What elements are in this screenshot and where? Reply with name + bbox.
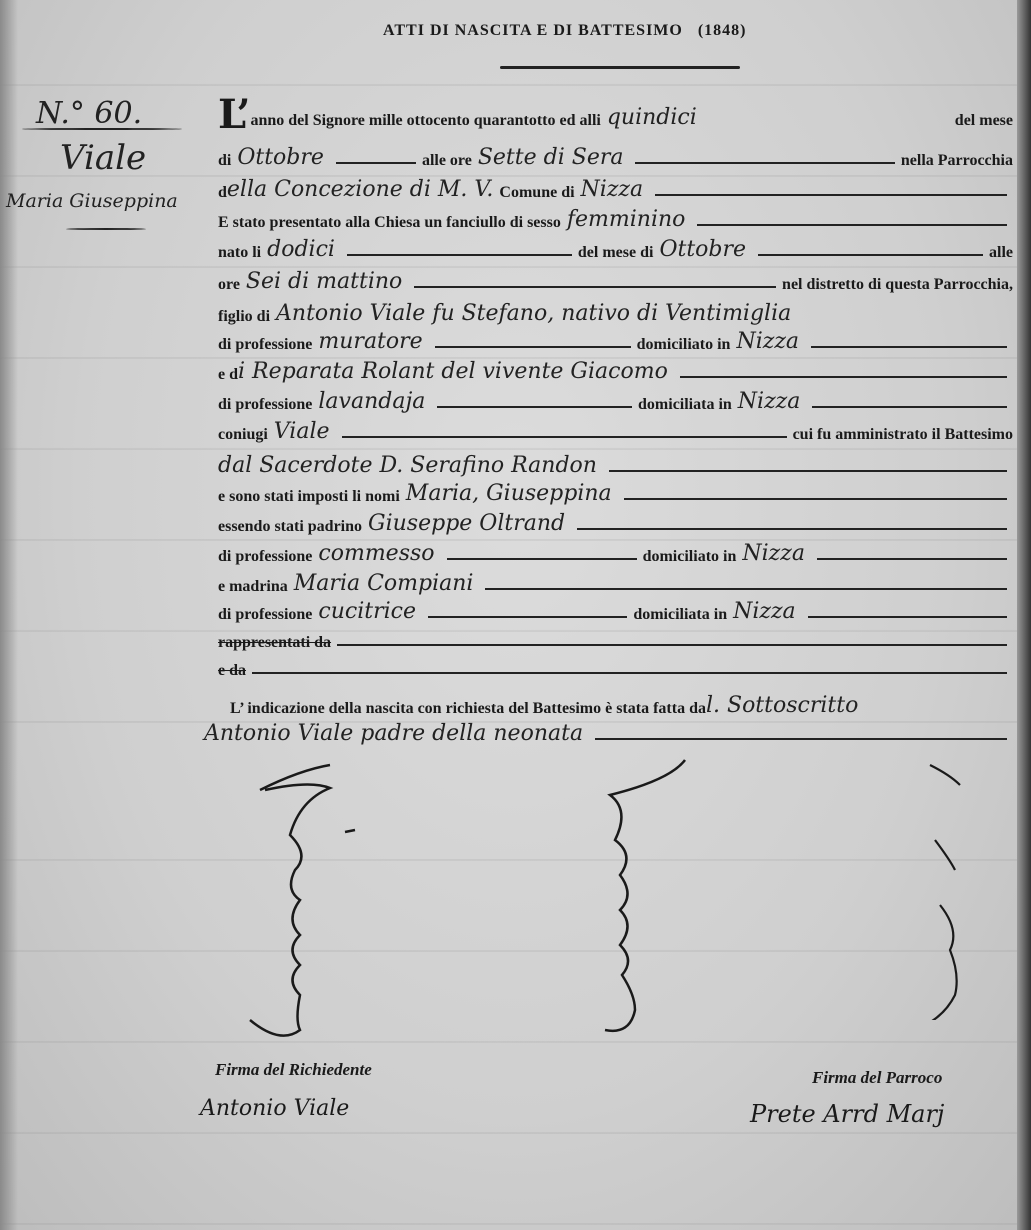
printed-text: domiciliato in <box>643 548 737 566</box>
record-line-names: e sono stati imposti li nomi Maria, Gius… <box>218 476 1013 506</box>
page-left-shadow <box>0 0 18 1230</box>
record-line-godfather: essendo stati padrino Giuseppe Oltrand <box>218 506 1013 536</box>
printed-text: di professione <box>218 548 312 566</box>
requester-signature-label: Firma del Richiedente <box>215 1060 372 1080</box>
handwritten-birth-month: Ottobre <box>659 237 746 262</box>
record-line-month-time: di Ottobre alle ore Sette di Sera nella … <box>218 140 1013 170</box>
page-right-binding <box>1017 0 1031 1230</box>
record-line-and-by: e da <box>218 650 1013 680</box>
record-line-father-profession: di professione muratore domiciliato in N… <box>218 324 1013 354</box>
printed-text: Comune di <box>499 184 574 202</box>
page-title: ATTI DI NASCITA E DI BATTESIMO (1848) <box>383 22 747 40</box>
printed-text: domiciliata in <box>638 396 732 414</box>
printed-text: ore <box>218 276 240 294</box>
printed-text: del mese di <box>578 244 654 262</box>
handwritten-father-residence: Nizza <box>736 329 799 354</box>
handwritten-month: Ottobre <box>237 145 324 170</box>
handwritten-declarant: l. Sottoscritto <box>706 693 858 718</box>
handwritten-hour: Sette di Sera <box>478 145 624 170</box>
handwritten-father-profession: muratore <box>318 329 422 354</box>
printed-text: alle ore <box>422 152 472 170</box>
handwritten-birth-day: dodici <box>267 237 335 262</box>
printed-text: di professione <box>218 396 312 414</box>
handwritten-godfather-profession: commesso <box>318 541 434 566</box>
handwritten-mother-profession: lavandaja <box>318 389 425 414</box>
drop-cap: L’ <box>218 100 250 130</box>
handwritten-mother: i Reparata Rolant del vivente Giacomo <box>238 359 668 384</box>
priest-signature-label: Firma del Parroco <box>812 1068 942 1088</box>
record-line-mother: e d i Reparata Rolant del vivente Giacom… <box>218 354 1013 384</box>
handwritten-comune: Nizza <box>581 177 644 202</box>
handwritten-birth-hour: Sei di mattino <box>246 269 402 294</box>
printed-text: domiciliato in <box>637 336 731 354</box>
handwritten-mother-residence: Nizza <box>738 389 801 414</box>
record-number-underline <box>22 128 182 130</box>
cancel-squiggle-right <box>920 760 980 1020</box>
cancel-squiggle-left <box>240 760 380 1050</box>
printed-text: nella Parrocchia <box>901 152 1013 170</box>
title-divider <box>500 66 740 69</box>
margin-flourish <box>66 228 146 230</box>
handwritten-godmother-residence: Nizza <box>733 599 796 624</box>
handwritten-day: quindici <box>607 105 697 130</box>
handwritten-godfather: Giuseppe Oltrand <box>368 511 565 536</box>
printed-text: d <box>218 184 227 202</box>
title-year: (1848) <box>698 22 747 39</box>
record-line-declaration: L’ indicazione della nascita con richies… <box>230 688 1013 718</box>
handwritten-parish: ella Concezione di M. V. <box>227 177 494 202</box>
handwritten-father: Antonio Viale fu Stefano, nativo di Vent… <box>276 301 791 326</box>
record-line-parish: d ella Concezione di M. V. Comune di Niz… <box>218 172 1013 202</box>
printed-text: del mese <box>955 112 1013 130</box>
printed-text: di <box>218 152 231 170</box>
register-page: ATTI DI NASCITA E DI BATTESIMO (1848) N.… <box>0 0 1031 1230</box>
record-line-represented-by: rappresentati da <box>218 622 1013 652</box>
handwritten-spouses: Viale <box>274 419 330 444</box>
record-line-declarant-name: Antonio Viale padre della neonata <box>204 716 1013 746</box>
handwritten-godfather-residence: Nizza <box>742 541 805 566</box>
record-line-birth-date: nato li dodici del mese di Ottobre alle <box>218 232 1013 262</box>
record-line-godfather-profession: di professione commesso domiciliato in N… <box>218 536 1013 566</box>
record-line-priest: dal Sacerdote D. Serafino Randon <box>218 448 1013 478</box>
printed-text: nato li <box>218 244 261 262</box>
printed-text: alle <box>989 244 1013 262</box>
printed-text: cui fu amministrato il Battesimo <box>793 426 1013 444</box>
handwritten-godmother: Maria Compiani <box>294 571 474 596</box>
record-line-mother-profession: di professione lavandaja domiciliata in … <box>218 384 1013 414</box>
record-line-year: L’ anno del Signore mille ottocento quar… <box>218 100 1013 130</box>
handwritten-sex: femminino <box>567 207 686 232</box>
printed-text: E stato presentato alla Chiesa un fanciu… <box>218 214 561 232</box>
record-line-sex: E stato presentato alla Chiesa un fanciu… <box>218 202 1013 232</box>
printed-text: nel distretto di questa Parrocchia, <box>782 276 1013 294</box>
record-line-godmother: e madrina Maria Compiani <box>218 566 1013 596</box>
handwritten-godmother-profession: cucitrice <box>318 599 416 624</box>
requester-signature: Antonio Viale <box>200 1096 349 1121</box>
record-line-spouses: coniugi Viale cui fu amministrato il Bat… <box>218 414 1013 444</box>
printed-text: e d <box>218 366 238 384</box>
record-line-father: figlio di Antonio Viale fu Stefano, nati… <box>218 296 1013 326</box>
printed-text: essendo stati padrino <box>218 518 362 536</box>
handwritten-given-names: Maria, Giuseppina <box>406 481 612 506</box>
handwritten-priest: dal Sacerdote D. Serafino Randon <box>218 453 597 478</box>
margin-given-names: Maria Giuseppina <box>6 190 178 212</box>
printed-text: coniugi <box>218 426 268 444</box>
margin-surname: Viale <box>60 138 146 178</box>
record-line-godmother-profession: di professione cucitrice domiciliata in … <box>218 594 1013 624</box>
struck-printed-text: e da <box>218 662 246 680</box>
record-line-birth-hour: ore Sei di mattino nel distretto di ques… <box>218 264 1013 294</box>
printed-text: anno del Signore mille ottocento quarant… <box>250 112 600 130</box>
printed-text: di professione <box>218 336 312 354</box>
record-number: N.° 60. <box>36 96 142 131</box>
cancel-squiggle-center <box>590 755 700 1045</box>
handwritten-declarant-name: Antonio Viale padre della neonata <box>204 721 583 746</box>
printed-text: e sono stati imposti li nomi <box>218 488 400 506</box>
priest-signature: Prete Arrd Marj <box>750 1100 944 1128</box>
title-text: ATTI DI NASCITA E DI BATTESIMO <box>383 22 683 39</box>
